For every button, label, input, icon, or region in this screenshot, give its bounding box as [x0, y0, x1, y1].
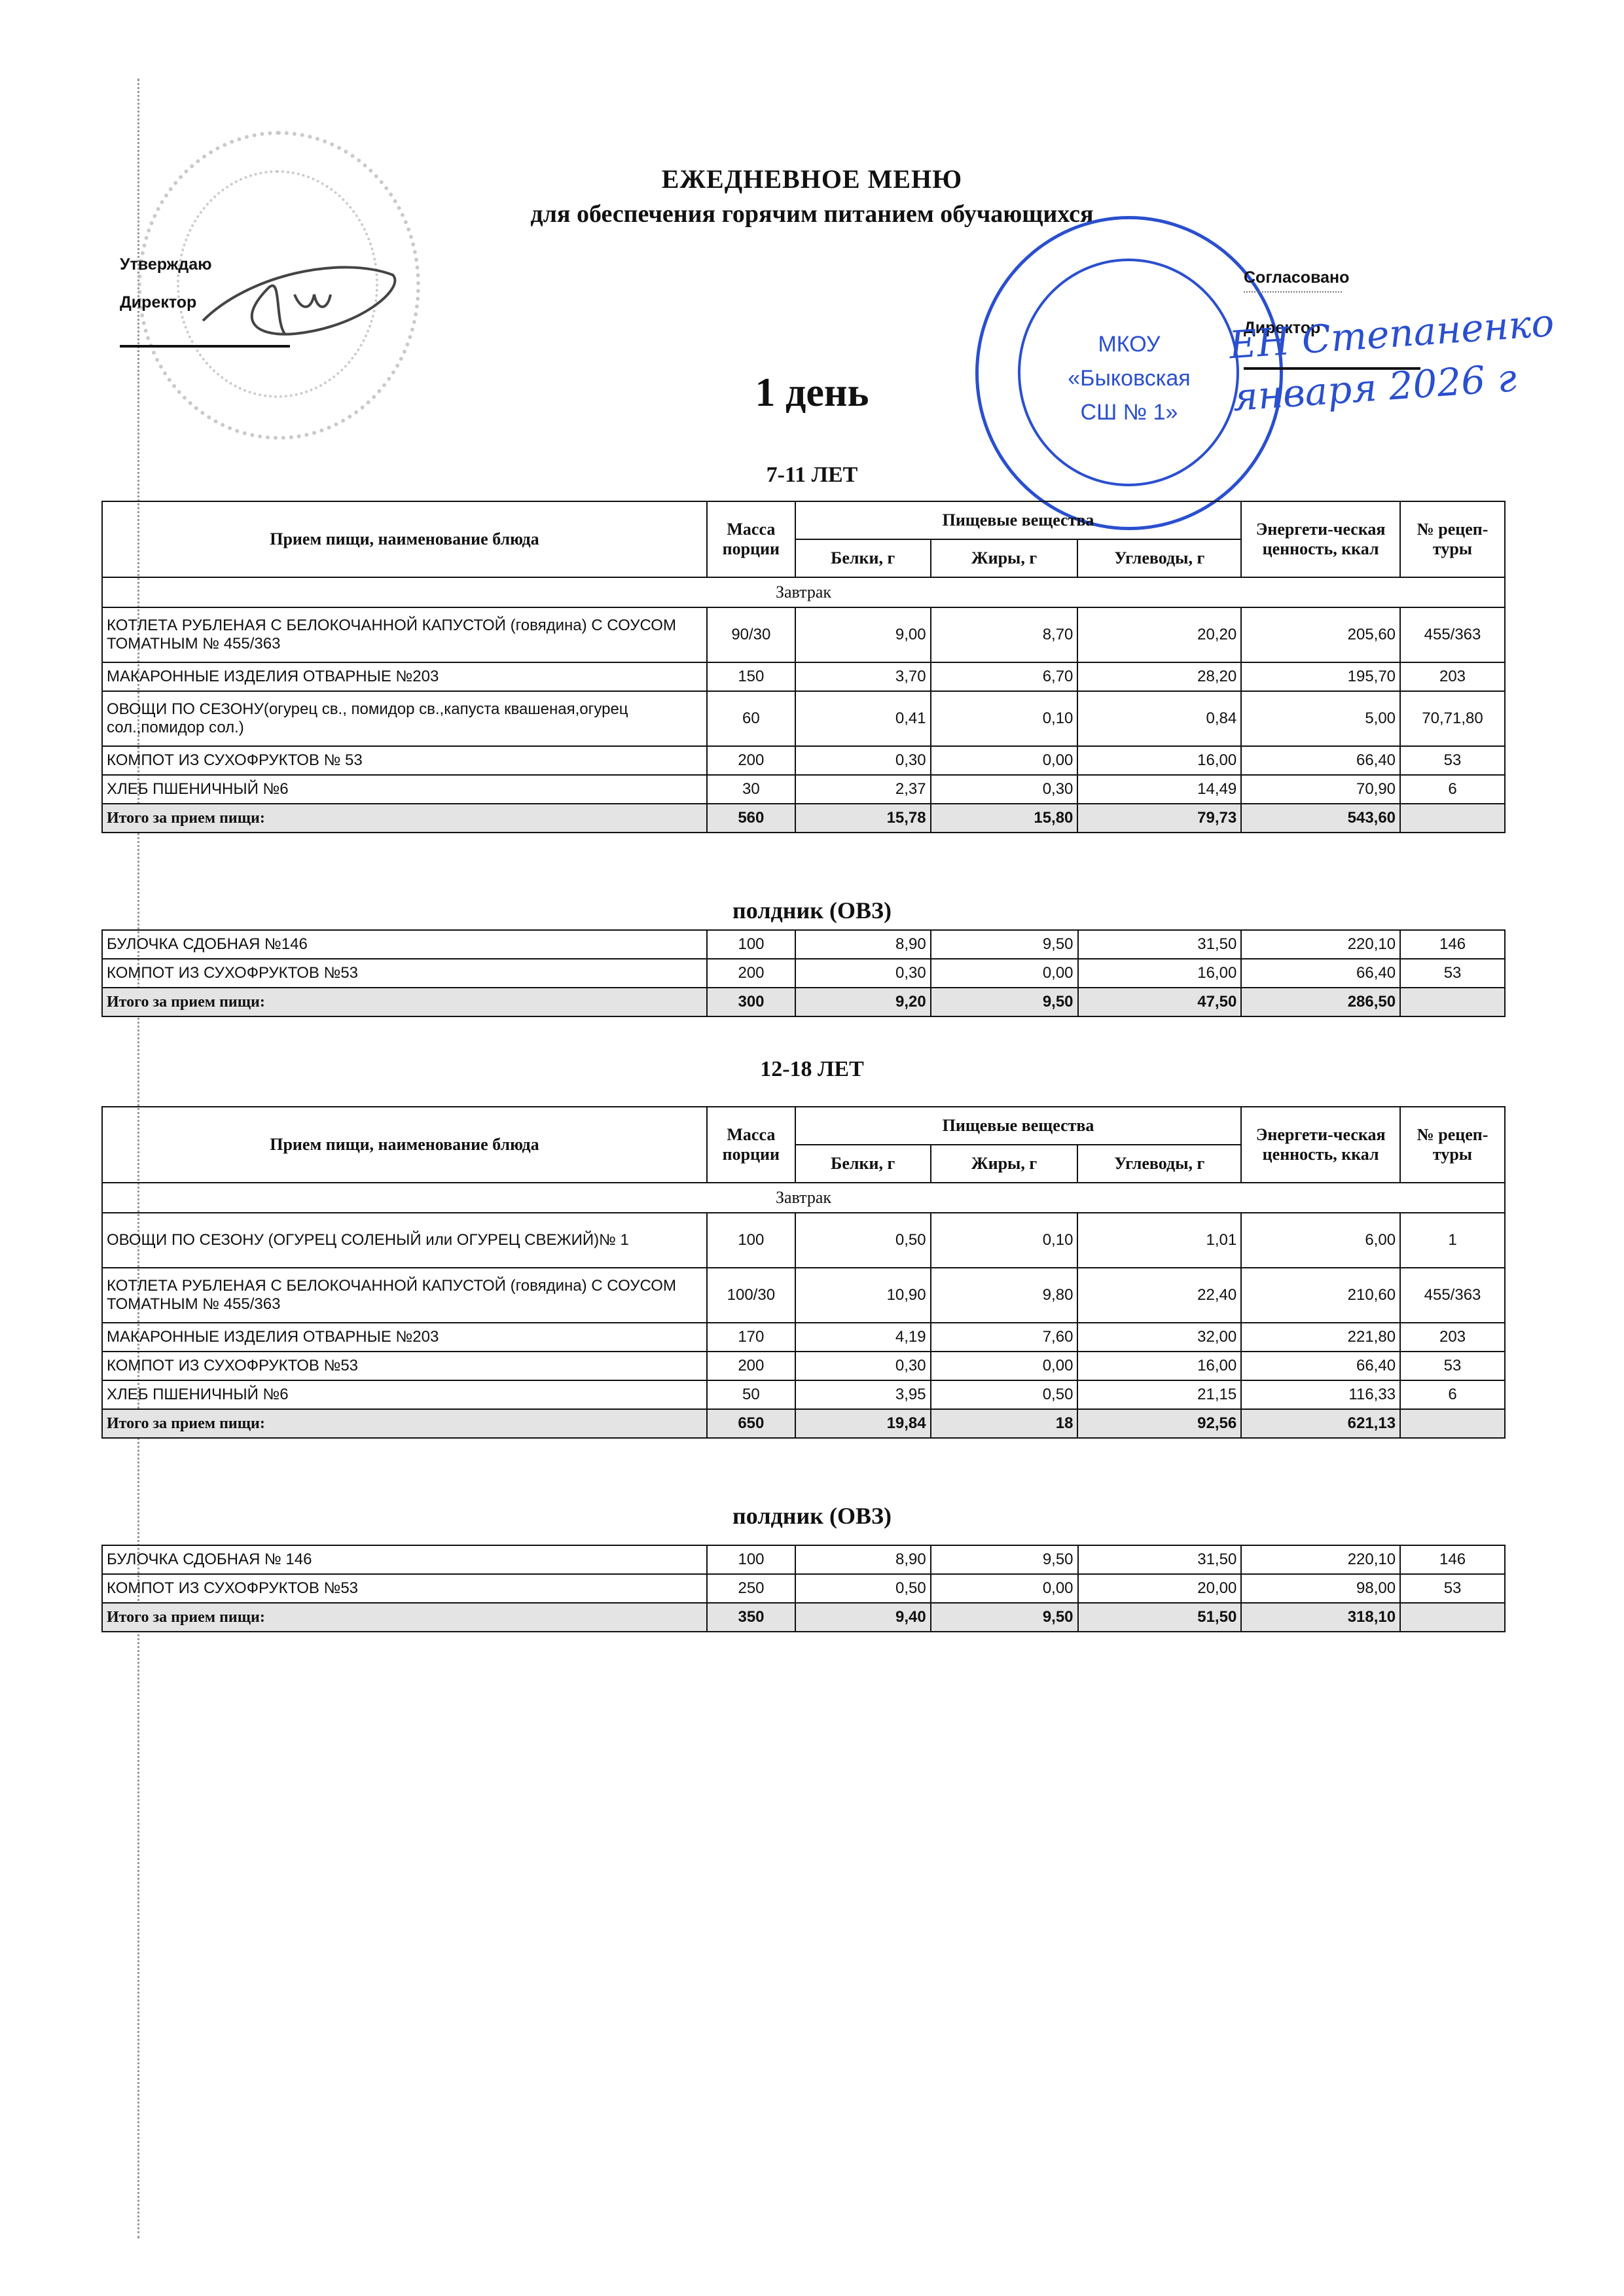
- cell-recipe: 6: [1400, 1380, 1505, 1409]
- cell-energy: 286,50: [1241, 988, 1400, 1016]
- cell-carbs: 79,73: [1077, 804, 1241, 833]
- cell-protein: 0,50: [795, 1213, 931, 1268]
- cell-recipe: 146: [1400, 1545, 1505, 1574]
- cell-protein: 0,41: [795, 691, 931, 746]
- total-row: Итого за прием пищи:3009,209,5047,50286,…: [102, 988, 1505, 1016]
- cell-recipe: 455/363: [1400, 1268, 1505, 1323]
- cell-recipe: 6: [1400, 775, 1505, 804]
- meal-title: Завтрак: [102, 577, 1505, 607]
- meal-title: Завтрак: [102, 1183, 1505, 1213]
- total-label: Итого за прием пищи:: [102, 988, 707, 1016]
- cell-carbs: 31,50: [1078, 930, 1242, 959]
- col-header-carbs: Углеводы, г: [1077, 539, 1241, 577]
- table-row: ОВОЩИ ПО СЕЗОНУ (ОГУРЕЦ СОЛЕНЫЙ или ОГУР…: [102, 1213, 1505, 1268]
- meal-title-row: Завтрак: [102, 577, 1505, 607]
- snack-body-12-18: БУЛОЧКА СДОБНАЯ № 1461008,909,5031,50220…: [102, 1545, 1505, 1632]
- stamp-center-text: МКОУ «Быковская СШ № 1»: [1044, 327, 1214, 429]
- total-row: Итого за прием пищи:65019,841892,56621,1…: [102, 1409, 1505, 1438]
- cell-recipe: 455/363: [1400, 607, 1505, 662]
- dish-name: ОВОЩИ ПО СЕЗОНУ(огурец св., помидор св.,…: [102, 691, 707, 746]
- cell-recipe: 203: [1400, 1323, 1505, 1352]
- cell-protein: 3,95: [795, 1380, 931, 1409]
- breakfast-body-7-11: ЗавтракКОТЛЕТА РУБЛЕНАЯ С БЕЛОКОЧАННОЙ К…: [102, 577, 1505, 833]
- cell-mass: 100: [707, 1213, 795, 1268]
- cell-fat: 0,50: [931, 1380, 1078, 1409]
- cell-energy: 205,60: [1241, 607, 1400, 662]
- snack-table-7-11: БУЛОЧКА СДОБНАЯ №1461008,909,5031,50220,…: [101, 929, 1506, 1017]
- approve-signature-line: [120, 345, 290, 348]
- dish-name: КОМПОТ ИЗ СУХОФРУКТОВ №53: [102, 959, 707, 988]
- menu-table-12-18: Прием пищи, наименование блюда Масса пор…: [101, 1106, 1506, 1439]
- table-row: КОТЛЕТА РУБЛЕНАЯ С БЕЛОКОЧАННОЙ КАПУСТОЙ…: [102, 607, 1505, 662]
- cell-recipe: 70,71,80: [1400, 691, 1505, 746]
- cell-recipe: 53: [1400, 746, 1505, 775]
- total-label: Итого за прием пищи:: [102, 1409, 707, 1438]
- table-row: МАКАРОННЫЕ ИЗДЕЛИЯ ОТВАРНЫЕ №2031704,197…: [102, 1323, 1505, 1352]
- cell-carbs: 0,84: [1077, 691, 1241, 746]
- cell-mass: 150: [707, 662, 795, 691]
- table-row: КОМПОТ ИЗ СУХОФРУКТОВ №532000,300,0016,0…: [102, 959, 1505, 988]
- cell-protein: 2,37: [795, 775, 931, 804]
- cell-mass: 100: [707, 1545, 795, 1574]
- cell-energy: 116,33: [1241, 1380, 1400, 1409]
- cell-carbs: 21,15: [1077, 1380, 1241, 1409]
- cell-fat: 9,50: [931, 1545, 1078, 1574]
- cell-mass: 60: [707, 691, 795, 746]
- cell-mass: 170: [707, 1323, 795, 1352]
- cell-mass: 300: [707, 988, 795, 1016]
- cell-fat: 0,30: [931, 775, 1078, 804]
- stamp-line-3: СШ № 1»: [1044, 395, 1214, 429]
- cell-recipe: [1400, 804, 1505, 833]
- cell-energy: 195,70: [1241, 662, 1400, 691]
- dish-name: БУЛОЧКА СДОБНАЯ № 146: [102, 1545, 707, 1574]
- dish-name: КОМПОТ ИЗ СУХОФРУКТОВ №53: [102, 1574, 707, 1603]
- cell-recipe: [1400, 1409, 1505, 1438]
- dish-name: БУЛОЧКА СДОБНАЯ №146: [102, 930, 707, 959]
- dish-name: КОМПОТ ИЗ СУХОФРУКТОВ № 53: [102, 746, 707, 775]
- dish-name: ХЛЕБ ПШЕНИЧНЫЙ №6: [102, 1380, 707, 1409]
- snack-table-12-18: БУЛОЧКА СДОБНАЯ № 1461008,909,5031,50220…: [101, 1545, 1506, 1632]
- menu-table-7-11: Прием пищи, наименование блюда Масса пор…: [101, 501, 1506, 833]
- cell-fat: 9,50: [931, 930, 1078, 959]
- cell-carbs: 1,01: [1077, 1213, 1241, 1268]
- cell-energy: 98,00: [1241, 1574, 1400, 1603]
- cell-energy: 66,40: [1241, 959, 1400, 988]
- cell-protein: 15,78: [795, 804, 931, 833]
- age-group-title-1: 7-11 ЛЕТ: [0, 463, 1624, 488]
- cell-recipe: 203: [1400, 662, 1505, 691]
- cell-carbs: 14,49: [1077, 775, 1241, 804]
- cell-protein: 8,90: [795, 1545, 931, 1574]
- meal-title-row: Завтрак: [102, 1183, 1505, 1213]
- cell-mass: 350: [707, 1603, 795, 1632]
- col-header-recipe: № рецеп-туры: [1400, 1107, 1505, 1183]
- table-row: ОВОЩИ ПО СЕЗОНУ(огурец св., помидор св.,…: [102, 691, 1505, 746]
- col-header-nutrients: Пищевые вещества: [795, 501, 1241, 539]
- cell-carbs: 16,00: [1077, 1352, 1241, 1380]
- cell-energy: 220,10: [1241, 930, 1400, 959]
- cell-carbs: 51,50: [1078, 1603, 1242, 1632]
- cell-carbs: 32,00: [1077, 1323, 1241, 1352]
- cell-mass: 30: [707, 775, 795, 804]
- cell-carbs: 20,00: [1078, 1574, 1242, 1603]
- cell-recipe: [1400, 1603, 1505, 1632]
- col-header-name: Прием пищи, наименование блюда: [102, 1107, 707, 1183]
- table-row: КОМПОТ ИЗ СУХОФРУКТОВ №532000,300,0016,0…: [102, 1352, 1505, 1380]
- cell-energy: 543,60: [1241, 804, 1400, 833]
- stamp-line-2: «Быковская: [1044, 361, 1214, 395]
- cell-recipe: 53: [1400, 959, 1505, 988]
- cell-fat: 0,00: [931, 746, 1078, 775]
- cell-recipe: 53: [1400, 1574, 1505, 1603]
- cell-protein: 0,30: [795, 746, 931, 775]
- col-header-fat: Жиры, г: [931, 1145, 1078, 1183]
- table-row: ХЛЕБ ПШЕНИЧНЫЙ №6503,950,5021,15116,336: [102, 1380, 1505, 1409]
- cell-recipe: 1: [1400, 1213, 1505, 1268]
- cell-recipe: [1400, 988, 1505, 1016]
- cell-protein: 9,40: [795, 1603, 931, 1632]
- cell-mass: 100: [707, 930, 795, 959]
- col-header-energy: Энергети-ческая ценность, ккал: [1241, 1107, 1400, 1183]
- cell-protein: 8,90: [795, 930, 931, 959]
- dish-name: КОМПОТ ИЗ СУХОФРУКТОВ №53: [102, 1352, 707, 1380]
- col-header-protein: Белки, г: [795, 539, 931, 577]
- cell-fat: 0,00: [931, 1352, 1078, 1380]
- approve-role: Директор: [120, 283, 290, 321]
- table-row: КОТЛЕТА РУБЛЕНАЯ С БЕЛОКОЧАННОЙ КАПУСТОЙ…: [102, 1268, 1505, 1323]
- dish-name: ОВОЩИ ПО СЕЗОНУ (ОГУРЕЦ СОЛЕНЫЙ или ОГУР…: [102, 1213, 707, 1268]
- document-subtitle: для обеспечения горячим питанием обучающ…: [0, 200, 1624, 228]
- cell-mass: 200: [707, 746, 795, 775]
- cell-energy: 210,60: [1241, 1268, 1400, 1323]
- dish-name: ХЛЕБ ПШЕНИЧНЫЙ №6: [102, 775, 707, 804]
- stamp-line-1: МКОУ: [1044, 327, 1214, 361]
- total-label: Итого за прием пищи:: [102, 804, 707, 833]
- cell-fat: 18: [931, 1409, 1078, 1438]
- approve-label: Утверждаю: [120, 245, 290, 283]
- cell-energy: 70,90: [1241, 775, 1400, 804]
- dish-name: КОТЛЕТА РУБЛЕНАЯ С БЕЛОКОЧАННОЙ КАПУСТОЙ…: [102, 607, 707, 662]
- table-row: МАКАРОННЫЕ ИЗДЕЛИЯ ОТВАРНЫЕ №2031503,706…: [102, 662, 1505, 691]
- cell-carbs: 22,40: [1077, 1268, 1241, 1323]
- dish-name: КОТЛЕТА РУБЛЕНАЯ С БЕЛОКОЧАННОЙ КАПУСТОЙ…: [102, 1268, 707, 1323]
- cell-fat: 8,70: [931, 607, 1078, 662]
- cell-carbs: 20,20: [1077, 607, 1241, 662]
- cell-protein: 0,30: [795, 959, 931, 988]
- cell-recipe: 53: [1400, 1352, 1505, 1380]
- col-header-energy: Энергети-ческая ценность, ккал: [1241, 501, 1400, 577]
- cell-protein: 0,30: [795, 1352, 931, 1380]
- cell-fat: 0,00: [931, 959, 1078, 988]
- cell-fat: 9,50: [931, 988, 1078, 1016]
- cell-mass: 650: [707, 1409, 795, 1438]
- cell-protein: 19,84: [795, 1409, 931, 1438]
- table-row: БУЛОЧКА СДОБНАЯ №1461008,909,5031,50220,…: [102, 930, 1505, 959]
- cell-fat: 6,70: [931, 662, 1078, 691]
- approval-block: Утверждаю Директор: [120, 245, 290, 348]
- snack-body-7-11: БУЛОЧКА СДОБНАЯ №1461008,909,5031,50220,…: [102, 930, 1505, 1016]
- table-row: БУЛОЧКА СДОБНАЯ № 1461008,909,5031,50220…: [102, 1545, 1505, 1574]
- cell-mass: 200: [707, 1352, 795, 1380]
- col-header-mass: Масса порции: [707, 501, 795, 577]
- cell-fat: 7,60: [931, 1323, 1078, 1352]
- table-row: КОМПОТ ИЗ СУХОФРУКТОВ № 532000,300,0016,…: [102, 746, 1505, 775]
- breakfast-body-12-18: ЗавтракОВОЩИ ПО СЕЗОНУ (ОГУРЕЦ СОЛЕНЫЙ и…: [102, 1183, 1505, 1438]
- table-row: КОМПОТ ИЗ СУХОФРУКТОВ №532500,500,0020,0…: [102, 1574, 1505, 1603]
- cell-mass: 100/30: [707, 1268, 795, 1323]
- dish-name: МАКАРОННЫЕ ИЗДЕЛИЯ ОТВАРНЫЕ №203: [102, 1323, 707, 1352]
- col-header-protein: Белки, г: [795, 1145, 931, 1183]
- col-header-name: Прием пищи, наименование блюда: [102, 501, 707, 577]
- cell-mass: 50: [707, 1380, 795, 1409]
- cell-protein: 10,90: [795, 1268, 931, 1323]
- agree-label: Согласовано: [1244, 268, 1420, 287]
- col-header-carbs: Углеводы, г: [1077, 1145, 1241, 1183]
- cell-recipe: 146: [1400, 930, 1505, 959]
- cell-fat: 9,80: [931, 1268, 1078, 1323]
- cell-protein: 3,70: [795, 662, 931, 691]
- cell-carbs: 16,00: [1078, 959, 1242, 988]
- cell-energy: 6,00: [1241, 1213, 1400, 1268]
- cell-mass: 250: [707, 1574, 795, 1603]
- snack-title-7-11: полдник (ОВЗ): [0, 897, 1624, 924]
- cell-fat: 0,10: [931, 1213, 1078, 1268]
- cell-protein: 9,00: [795, 607, 931, 662]
- cell-carbs: 16,00: [1077, 746, 1241, 775]
- cell-carbs: 47,50: [1078, 988, 1242, 1016]
- cell-energy: 621,13: [1241, 1409, 1400, 1438]
- cell-carbs: 31,50: [1078, 1545, 1242, 1574]
- table-row: ХЛЕБ ПШЕНИЧНЫЙ №6302,370,3014,4970,906: [102, 775, 1505, 804]
- cell-energy: 220,10: [1241, 1545, 1400, 1574]
- cell-fat: 15,80: [931, 804, 1078, 833]
- total-row: Итого за прием пищи:3509,409,5051,50318,…: [102, 1603, 1505, 1632]
- cell-energy: 5,00: [1241, 691, 1400, 746]
- document-title: ЕЖЕДНЕВНОЕ МЕНЮ: [0, 164, 1624, 194]
- total-row: Итого за прием пищи:56015,7815,8079,7354…: [102, 804, 1505, 833]
- cell-energy: 221,80: [1241, 1323, 1400, 1352]
- col-header-mass: Масса порции: [707, 1107, 795, 1183]
- cell-carbs: 92,56: [1077, 1409, 1241, 1438]
- cell-mass: 560: [707, 804, 795, 833]
- cell-protein: 9,20: [795, 988, 931, 1016]
- snack-title-12-18: полдник (ОВЗ): [0, 1502, 1624, 1530]
- cell-protein: 4,19: [795, 1323, 931, 1352]
- agree-dots: [1244, 291, 1342, 293]
- age-group-title-2: 12-18 ЛЕТ: [0, 1057, 1624, 1082]
- col-header-fat: Жиры, г: [931, 539, 1078, 577]
- cell-energy: 318,10: [1241, 1603, 1400, 1632]
- cell-fat: 9,50: [931, 1603, 1078, 1632]
- cell-fat: 0,00: [931, 1574, 1078, 1603]
- cell-protein: 0,50: [795, 1574, 931, 1603]
- cell-carbs: 28,20: [1077, 662, 1241, 691]
- dish-name: МАКАРОННЫЕ ИЗДЕЛИЯ ОТВАРНЫЕ №203: [102, 662, 707, 691]
- cell-mass: 90/30: [707, 607, 795, 662]
- cell-energy: 66,40: [1241, 1352, 1400, 1380]
- cell-energy: 66,40: [1241, 746, 1400, 775]
- total-label: Итого за прием пищи:: [102, 1603, 707, 1632]
- cell-mass: 200: [707, 959, 795, 988]
- col-header-recipe: № рецеп-туры: [1400, 501, 1505, 577]
- col-header-nutrients: Пищевые вещества: [795, 1107, 1241, 1145]
- cell-fat: 0,10: [931, 691, 1078, 746]
